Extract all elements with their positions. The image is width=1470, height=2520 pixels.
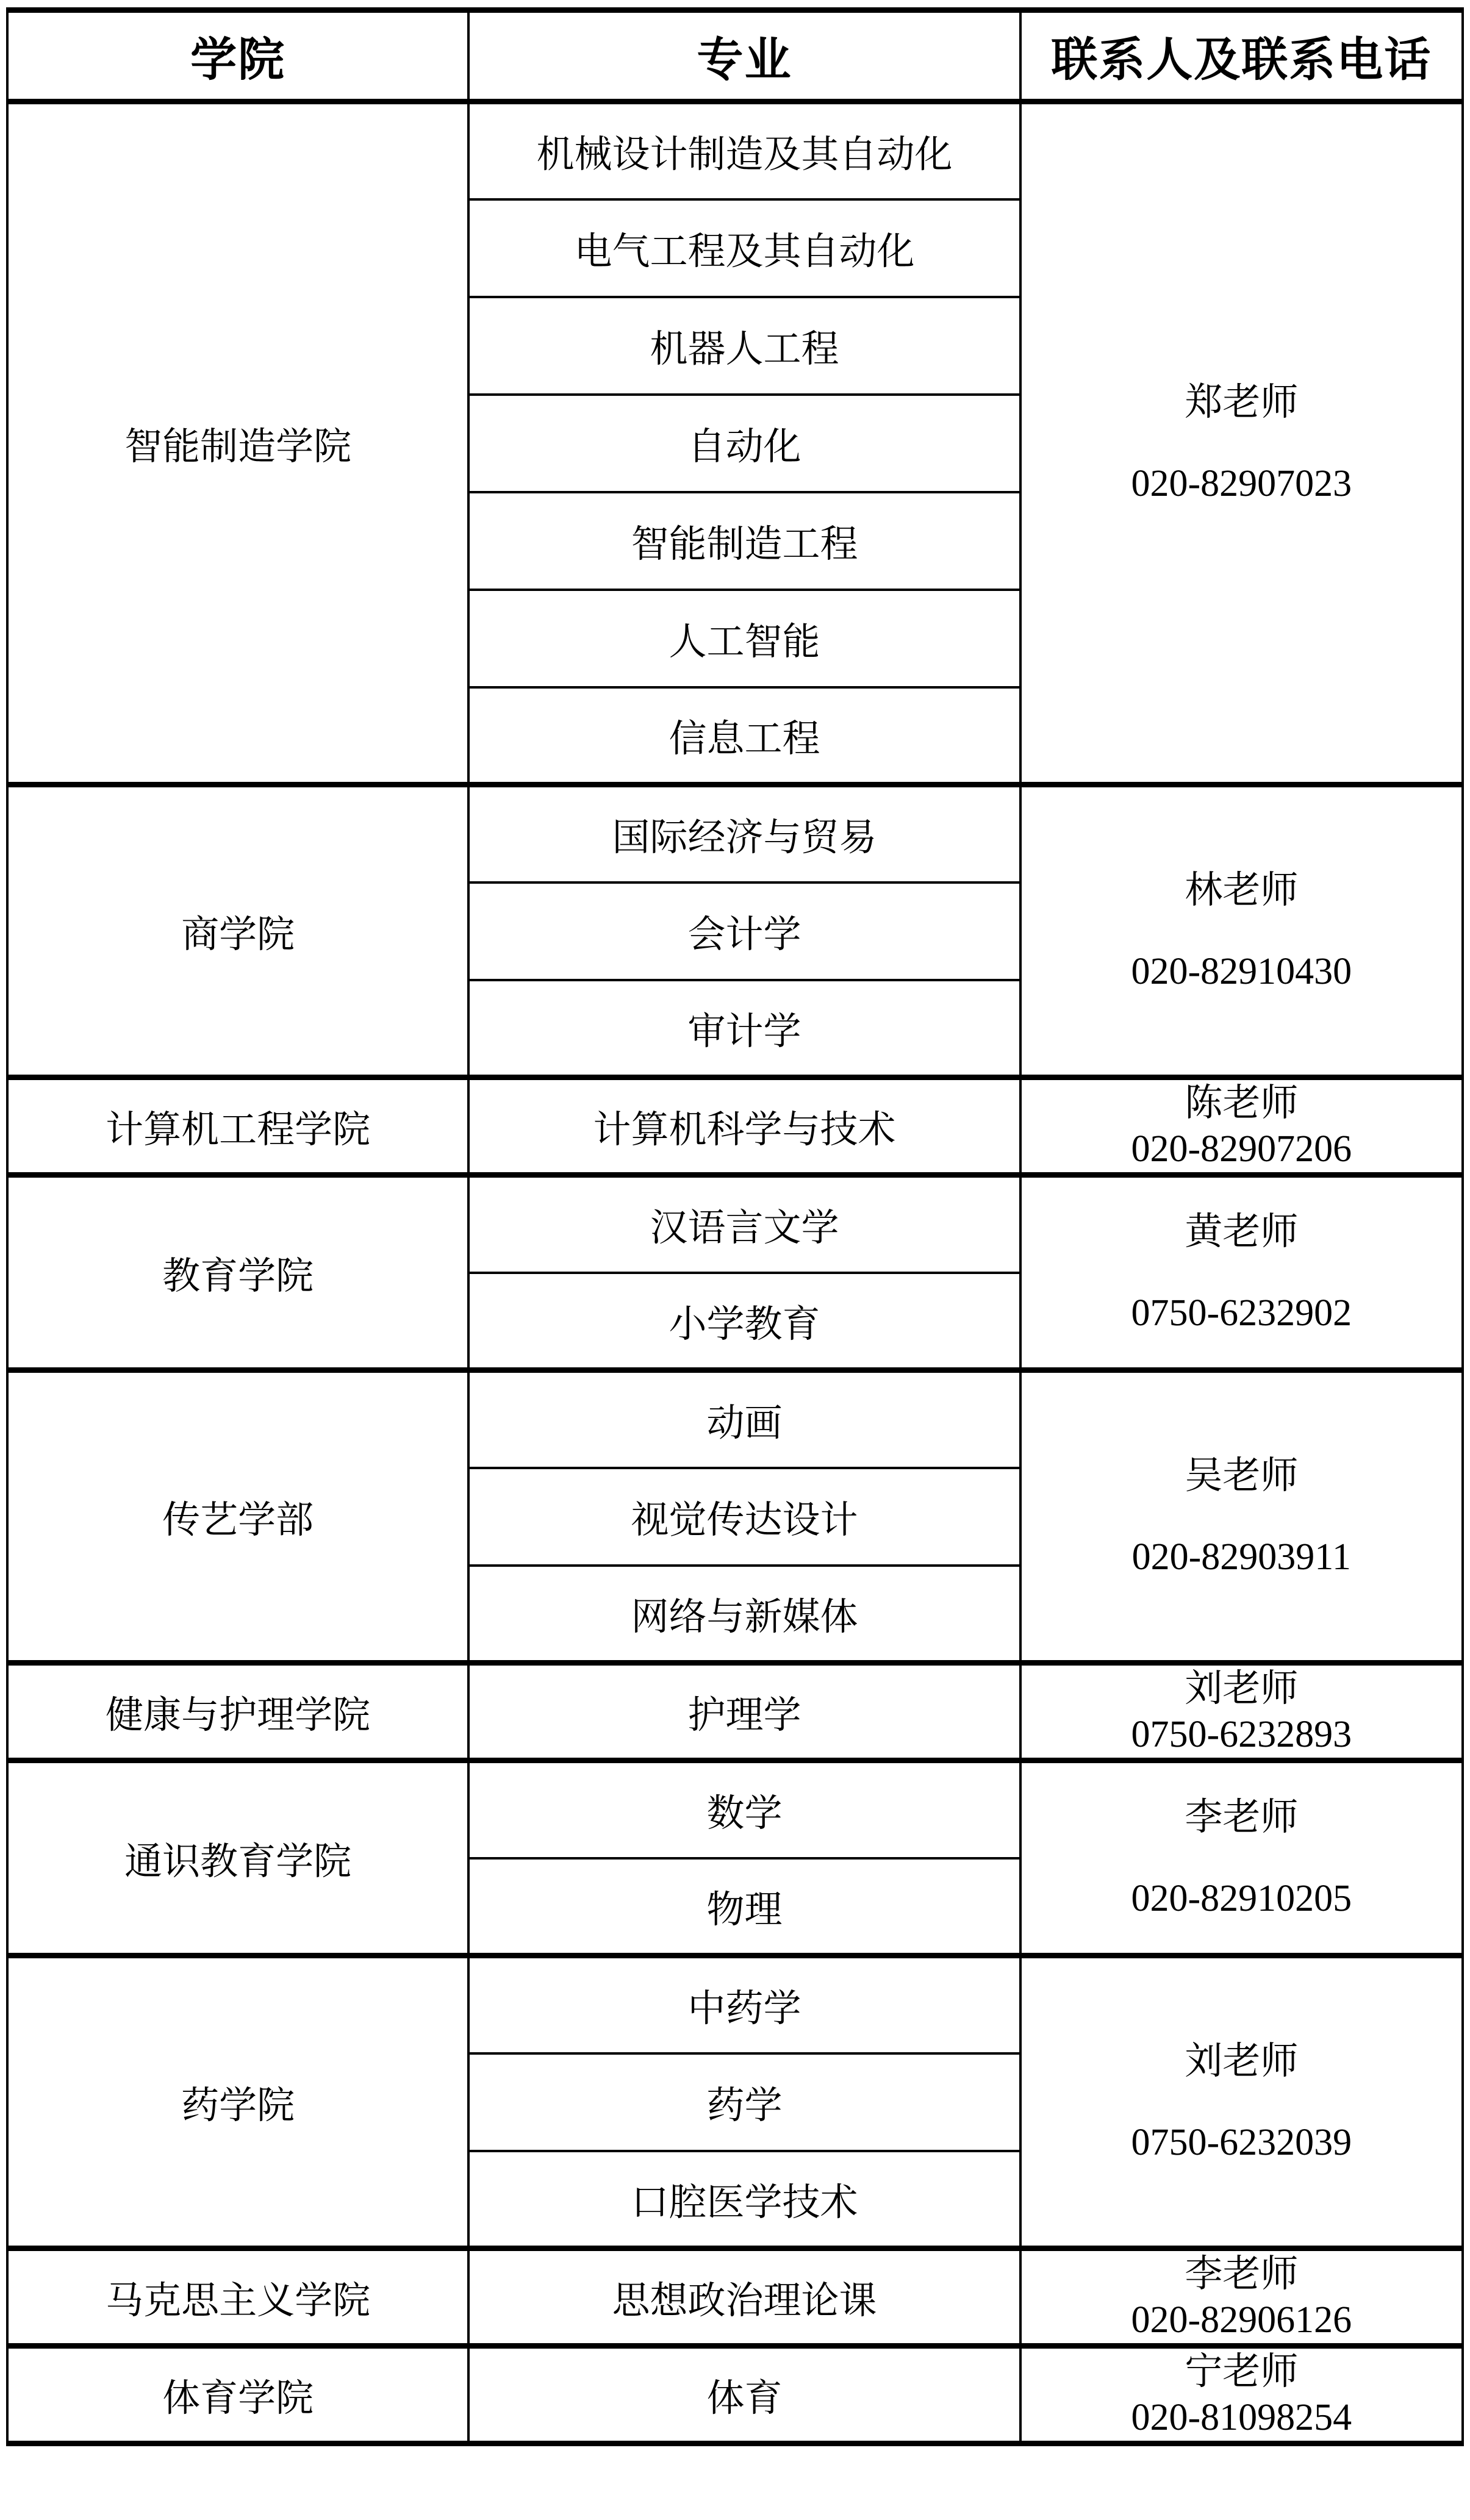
contact-phone: 0750-6232039	[1027, 2118, 1457, 2167]
major-cell: 自动化	[468, 395, 1020, 492]
major-cell: 智能制造工程	[468, 492, 1020, 590]
contact-name: 陈老师	[1027, 1081, 1457, 1126]
contact-phone: 0750-6232893	[1027, 1712, 1457, 1757]
contact-phone: 020-82906126	[1027, 2297, 1457, 2343]
contact-phone: 020-82910205	[1027, 1874, 1457, 1924]
major-cell: 网络与新媒体	[468, 1566, 1020, 1663]
college-cell: 计算机工程学院	[7, 1078, 468, 1175]
major-cell: 思想政治理论课	[468, 2249, 1020, 2346]
college-cell: 通识教育学院	[7, 1761, 468, 1956]
table-row: 马克思主义学院 思想政治理论课 李老师 020-82906126	[7, 2249, 1463, 2346]
header-contact: 联系人及联系电话	[1020, 10, 1463, 102]
college-cell: 教育学院	[7, 1175, 468, 1370]
contact-cell: 刘老师 0750-6232893	[1020, 1663, 1463, 1761]
table-row: 健康与护理学院 护理学 刘老师 0750-6232893	[7, 1663, 1463, 1761]
major-cell: 体育	[468, 2346, 1020, 2444]
table-row: 智能制造学院 机械设计制造及其自动化 郑老师 020-82907023	[7, 102, 1463, 199]
college-cell: 商学院	[7, 785, 468, 1078]
college-cell: 智能制造学院	[7, 102, 468, 785]
contact-name: 黄老师	[1027, 1208, 1457, 1257]
contact-name: 李老师	[1027, 2252, 1457, 2297]
contact-name: 刘老师	[1027, 1666, 1457, 1711]
table-row: 教育学院 汉语言文学 黄老师 0750-6232902	[7, 1175, 1463, 1273]
contact-phone: 020-82910430	[1027, 947, 1457, 997]
major-cell: 机械设计制造及其自动化	[468, 102, 1020, 199]
major-cell: 护理学	[468, 1663, 1020, 1761]
contact-cell: 李老师 020-82910205	[1020, 1761, 1463, 1956]
major-cell: 汉语言文学	[468, 1175, 1020, 1273]
college-cell: 药学院	[7, 1956, 468, 2249]
table-row: 商学院 国际经济与贸易 林老师 020-82910430	[7, 785, 1463, 882]
major-cell: 数学	[468, 1761, 1020, 1858]
contact-cell: 郑老师 020-82907023	[1020, 102, 1463, 785]
contact-phone: 020-82907023	[1027, 459, 1457, 509]
contact-phone: 020-82907206	[1027, 1126, 1457, 1172]
major-cell: 口腔医学技术	[468, 2151, 1020, 2249]
contact-table: 学院 专业 联系人及联系电话 智能制造学院 机械设计制造及其自动化 郑老师 02…	[6, 7, 1464, 2446]
major-cell: 人工智能	[468, 590, 1020, 687]
contact-phone: 0750-6232902	[1027, 1289, 1457, 1338]
major-cell: 小学教育	[468, 1273, 1020, 1370]
table-row: 药学院 中药学 刘老师 0750-6232039	[7, 1956, 1463, 2053]
major-cell: 信息工程	[468, 687, 1020, 785]
college-cell: 体育学院	[7, 2346, 468, 2444]
contact-cell: 李老师 020-82906126	[1020, 2249, 1463, 2346]
contact-cell: 陈老师 020-82907206	[1020, 1078, 1463, 1175]
major-cell: 药学	[468, 2053, 1020, 2151]
contact-name: 刘老师	[1027, 2037, 1457, 2086]
major-cell: 视觉传达设计	[468, 1468, 1020, 1566]
major-cell: 审计学	[468, 980, 1020, 1078]
major-cell: 中药学	[468, 1956, 1020, 2053]
contact-phone: 020-81098254	[1027, 2395, 1457, 2440]
major-cell: 计算机科学与技术	[468, 1078, 1020, 1175]
college-cell: 健康与护理学院	[7, 1663, 468, 1761]
contact-name: 宁老师	[1027, 2349, 1457, 2394]
contact-name: 林老师	[1027, 866, 1457, 915]
major-cell: 国际经济与贸易	[468, 785, 1020, 882]
contact-cell: 林老师 020-82910430	[1020, 785, 1463, 1078]
table-row: 传艺学部 动画 吴老师 020-82903911	[7, 1370, 1463, 1468]
contact-name: 郑老师	[1027, 378, 1457, 428]
table-row: 计算机工程学院 计算机科学与技术 陈老师 020-82907206	[7, 1078, 1463, 1175]
table-row: 体育学院 体育 宁老师 020-81098254	[7, 2346, 1463, 2444]
contact-name: 吴老师	[1027, 1452, 1457, 1501]
header-row: 学院 专业 联系人及联系电话	[7, 10, 1463, 102]
table-row: 通识教育学院 数学 李老师 020-82910205	[7, 1761, 1463, 1858]
contact-name: 李老师	[1027, 1793, 1457, 1842]
major-cell: 机器人工程	[468, 297, 1020, 395]
major-cell: 动画	[468, 1370, 1020, 1468]
major-cell: 会计学	[468, 882, 1020, 980]
major-cell: 物理	[468, 1858, 1020, 1956]
page: 学院 专业 联系人及联系电话 智能制造学院 机械设计制造及其自动化 郑老师 02…	[0, 0, 1470, 2520]
contact-cell: 黄老师 0750-6232902	[1020, 1175, 1463, 1370]
contact-cell: 刘老师 0750-6232039	[1020, 1956, 1463, 2249]
header-college: 学院	[7, 10, 468, 102]
college-cell: 传艺学部	[7, 1370, 468, 1663]
contact-cell: 吴老师 020-82903911	[1020, 1370, 1463, 1663]
major-cell: 电气工程及其自动化	[468, 199, 1020, 297]
header-major: 专业	[468, 10, 1020, 102]
contact-cell: 宁老师 020-81098254	[1020, 2346, 1463, 2444]
college-cell: 马克思主义学院	[7, 2249, 468, 2346]
contact-phone: 020-82903911	[1027, 1533, 1457, 1582]
